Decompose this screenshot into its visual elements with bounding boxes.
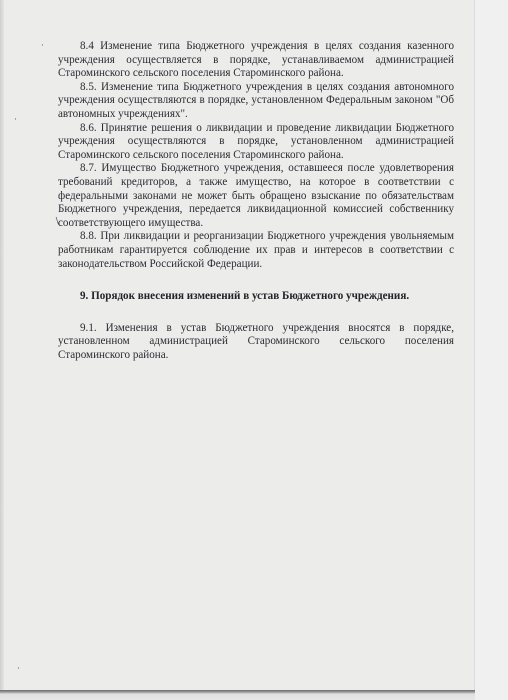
document-body: 8.4 Изменение типа Бюджетного учреждения… — [58, 40, 454, 362]
scanned-document: · · ∖ · 8.4 Изменение типа Бюджетного уч… — [0, 0, 508, 700]
section-heading-9: 9. Порядок внесения изменений в устав Бю… — [58, 290, 454, 304]
paragraph-8-7: 8.7. Имущество Бюджетного учреждения, ос… — [58, 162, 454, 230]
scanner-background-strip — [475, 0, 508, 700]
scan-speck: · — [41, 40, 44, 50]
scan-speck: · — [14, 114, 17, 124]
paragraph-8-4: 8.4 Изменение типа Бюджетного учреждения… — [58, 40, 454, 81]
scan-speck: · — [17, 663, 20, 673]
paragraph-8-5: 8.5. Изменение типа Бюджетного учреждени… — [58, 81, 454, 122]
paragraph-8-8: 8.8. При ликвидации и реорганизации Бюдж… — [58, 230, 454, 271]
page-bottom-edge — [0, 690, 475, 700]
paragraph-8-6: 8.6. Принятие решения о ликвидации и про… — [58, 122, 454, 163]
paragraph-9-1: 9.1. Изменения в устав Бюджетного учрежд… — [58, 322, 454, 363]
